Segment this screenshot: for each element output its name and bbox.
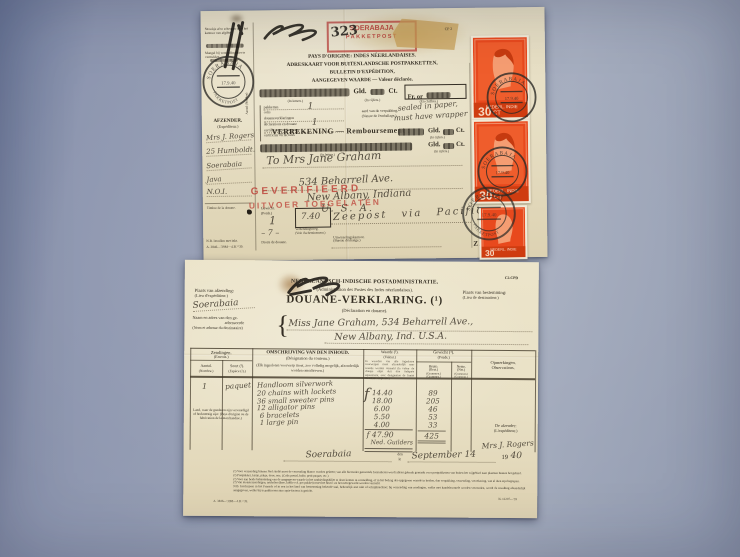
- print-code-left: A. 3846—'39M—4.B.'-'39.: [213, 500, 248, 504]
- footnote-nb: N.B. Inschrijven in het Fransch of in ee…: [233, 485, 525, 495]
- exchange-rule: [331, 246, 441, 248]
- route-box-handwritten: 7.40: [301, 212, 330, 222]
- aantal-handwritten: 1: [202, 382, 207, 391]
- espece-header: (Espèce (²).): [222, 369, 252, 373]
- soort-header: Soort (²).: [222, 364, 252, 369]
- in-cijfers-sub: (In cijfers.): [430, 136, 445, 140]
- print-code-right: № 12297—'39: [498, 498, 517, 502]
- redacted-cents: [370, 89, 384, 95]
- addressee-handwritten-1: Miss Jane Graham, 534 Beharrell Ave.,: [288, 316, 473, 329]
- svg-text:17.9.40: 17.9.40: [505, 96, 520, 101]
- bruto-total: 425: [418, 430, 446, 443]
- redacted-amount: [398, 128, 424, 135]
- expediteur-label-2: (L'expéditeur.): [480, 429, 532, 434]
- form-code: CP 2: [445, 27, 452, 31]
- sidebar-rule: [205, 202, 253, 204]
- sender-signature: Mrs J. Rogers: [481, 438, 534, 450]
- sender-line: N.O.I.: [207, 187, 252, 197]
- ct-label-3: Ct.: [456, 141, 465, 149]
- year-handwritten: 40: [511, 451, 523, 461]
- grammes-header: (Grammes.): [416, 375, 451, 379]
- destination-label-fr: (Lieu de destination:): [463, 296, 499, 301]
- aantal-side-label: Aantal (Nombre): [245, 93, 249, 115]
- svg-text:17.9.40: 17.9.40: [496, 170, 511, 175]
- form-code: C2.CPD: [505, 276, 518, 280]
- uitwisseling-label-fr: (Bureau d'échange.): [333, 239, 360, 243]
- le-label: le: [398, 457, 401, 461]
- value-double-rule: [365, 448, 413, 452]
- droits-douane-label: Droits de douane.: [261, 240, 287, 244]
- gld-label-2: Gld.: [428, 127, 440, 135]
- verrekening-title: VERREKENING — Remboursement :: [272, 127, 410, 137]
- count-handwritten: 1: [308, 102, 314, 112]
- customs-declaration-form: C2.CPD NEDERLANDSCH-INDISCHE POSTADMINIS…: [183, 260, 539, 518]
- brace: {: [276, 310, 289, 340]
- table-vline: [222, 360, 224, 450]
- redacted-francs: [427, 92, 451, 98]
- parcel-dispatch-card: Strookje af te scheuren door het kantoor…: [200, 7, 547, 261]
- bruto-line: 33: [420, 420, 446, 429]
- in-letters-label: (In letters.): [288, 99, 304, 103]
- addressee-label-3: (Nom et adresse du destinataire): [192, 326, 242, 331]
- zendingen-sub-rule: [190, 360, 252, 361]
- observations-header: Observations.: [471, 366, 535, 371]
- omschrijving-note: (Elk ingesloten voorwerp moet, zoo volle…: [256, 363, 359, 373]
- photo-of-postal-documents: { "doc1": { "sidebar": { "micro1": "Stro…: [0, 0, 740, 557]
- value-total-currency: Ned. Guilders: [371, 439, 413, 446]
- soort-handwritten: paquet: [225, 380, 251, 391]
- date-place-handwritten: Soerabaia: [305, 449, 351, 460]
- svg-text:17.9.40: 17.9.40: [482, 213, 497, 218]
- date-handwritten: September 14: [411, 450, 476, 462]
- pen-scribble: [259, 16, 331, 47]
- den-label: den: [398, 452, 403, 456]
- contents-line: 1 large pin: [260, 418, 299, 427]
- footnotes-block: (¹) Voor verzending binnen Ned.-Indië mo…: [233, 470, 525, 495]
- form-print-note: N.B. Invullen met inkt.: [206, 238, 254, 243]
- origin-of-goods-note: Land, waar de goederen zijn vervaardigd …: [192, 408, 250, 421]
- currency-brace: f: [364, 385, 370, 403]
- envois-header: (Envois.): [190, 355, 252, 360]
- nombre-header: (Nombre.): [190, 369, 222, 373]
- date-rule-2: [407, 461, 495, 463]
- gewicht-label: Gewicht.: [261, 206, 275, 211]
- svg-text:17.9.40: 17.9.40: [221, 81, 236, 86]
- sender-line: Java: [206, 174, 251, 185]
- title-line: BULLETIN D'EXPÉDITION,: [257, 69, 467, 77]
- sender-line: Mrs J. Rogers: [206, 131, 251, 143]
- weight-handwritten-2: – 7 –: [261, 228, 279, 237]
- weight-handwritten: 1: [269, 214, 276, 227]
- svg-text:NEDERL. INDIE: NEDERL. INDIE: [490, 247, 517, 251]
- tape-patch: [393, 18, 459, 51]
- route-label-fr: (Voie d'acheminement.): [295, 232, 325, 236]
- ct-label-2: Ct.: [456, 127, 465, 135]
- cancellation-postmark: SOERABAJA PAKKETPOST 17.9.40: [461, 185, 518, 242]
- title-line: ADRESKAART VOOR BUITENLANDSCHE POSTPAKKE…: [257, 61, 467, 70]
- ct-label: Ct.: [388, 87, 397, 95]
- writing-rule: [324, 343, 528, 345]
- grammes-header-2: (Grammes.): [451, 376, 471, 379]
- redacted-value-bar: [259, 88, 349, 97]
- gewicht-sub-rule: [416, 361, 471, 362]
- value-total: f 47.90: [367, 430, 394, 439]
- poids-header: (Poids.): [416, 355, 471, 360]
- date-rule: [283, 460, 391, 462]
- sender-line: Soerabaia: [206, 159, 251, 171]
- designation-header: (Désignation du contenu.): [252, 356, 363, 362]
- packing-label-fr: (Nature de l'emballage.): [362, 114, 397, 119]
- expediteur-label: (Expéditeur.): [204, 124, 252, 129]
- parcel-number-handwritten: 323: [330, 23, 358, 41]
- gold-francs-box: Fr. or: [404, 84, 466, 100]
- gld-label-3: Gld.: [428, 141, 440, 149]
- year-printed: 19: [501, 454, 507, 461]
- sender-line: 25 Humboldt.: [206, 146, 251, 157]
- aantal-header: Aantal.: [190, 364, 222, 369]
- in-cijfers-label: (In cijfers.): [365, 98, 381, 102]
- waarde-fine-print: In woorden van alle ingesloten voorwerpe…: [365, 360, 414, 381]
- cancellation-postmark: SOERABAJA 17.9.40: [485, 71, 538, 124]
- gld-label: Gld.: [353, 87, 366, 95]
- origin-handwritten: Soerabaia: [192, 297, 255, 312]
- addressee-handwritten-2: New Albany, Ind. U.S.A.: [334, 331, 447, 343]
- timbre-douane-label: Timbre de la douane.: [207, 205, 253, 210]
- value-line: 4.00: [374, 420, 390, 429]
- douane-verklaring-title: DOUANE-VERKLARING. (¹): [255, 293, 475, 307]
- in-cijfers-sub-2: (In cijfers.): [434, 150, 449, 154]
- form-print-code: A. 3846—'39M—4.B.'-'39.: [206, 244, 254, 249]
- route-box: 7.40: [295, 208, 331, 228]
